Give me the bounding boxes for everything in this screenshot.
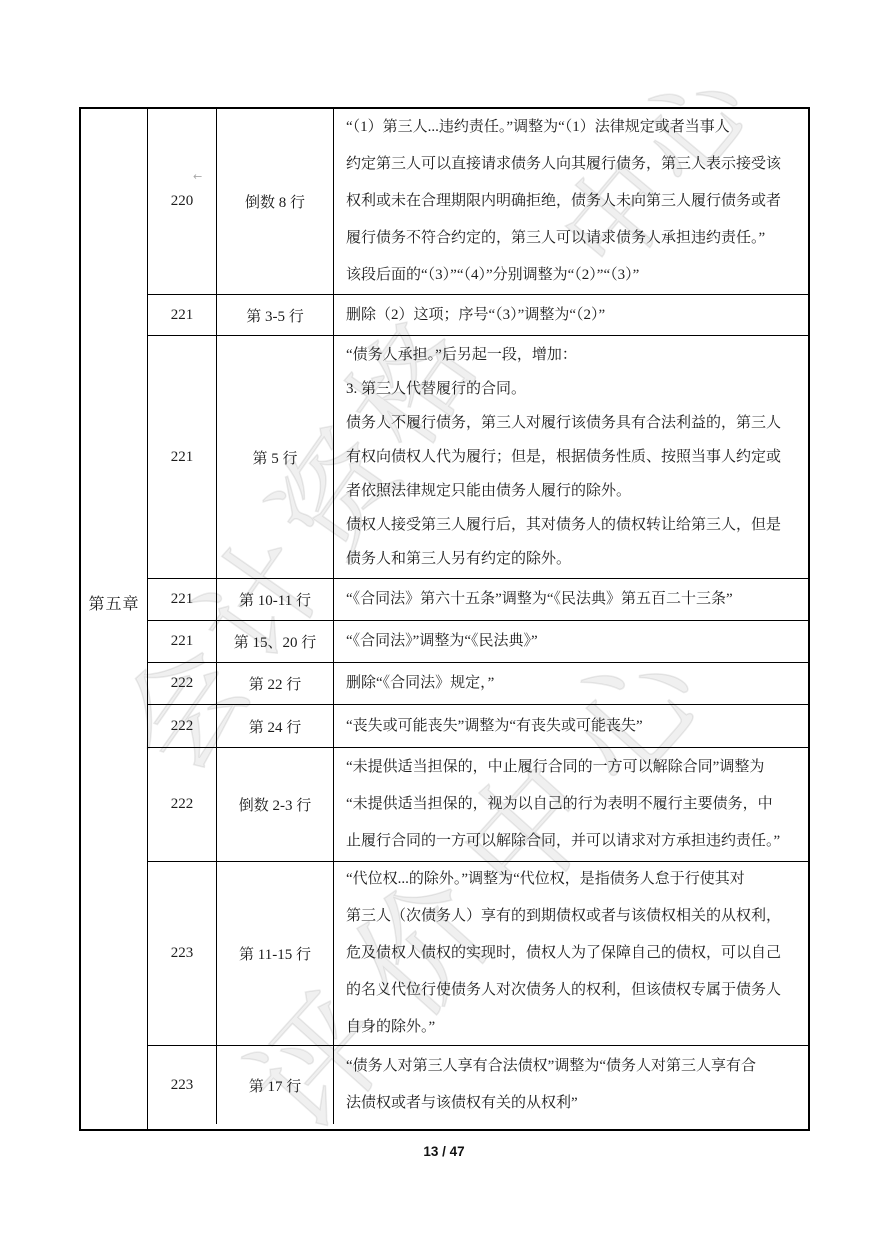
page-number-cell: 222 — [148, 663, 217, 704]
line-ref-cell: 第 15、20 行 — [217, 621, 334, 662]
content-cell: “《合同法》”调整为“《民法典》” — [334, 621, 808, 662]
chapter-cell: 第五章 — [81, 109, 148, 1129]
content-text: “债务人对第三人享有合法债权”调整为“债务人对第三人享有合 法债权或者与该债权有… — [346, 1048, 802, 1122]
table-row: 222 倒数 2-3 行 “未提供适当担保的，中止履行合同的一方可以解除合同”调… — [148, 747, 808, 861]
content-cell: 删除（2）这项；序号“（3）”调整为“（2）” — [334, 295, 808, 335]
content-cell: “未提供适当担保的，中止履行合同的一方可以解除合同”调整为 “未提供适当担保的，… — [334, 748, 808, 861]
table-row: 221 第 3-5 行 删除（2）这项；序号“（3）”调整为“（2）” — [148, 294, 808, 335]
table-row: 221 第 15、20 行 “《合同法》”调整为“《民法典》” — [148, 620, 808, 662]
scan-artifact-mark: ← — [193, 170, 202, 183]
revision-table: 第五章 220 倒数 8 行 “（1）第三人...违约责任。”调整为“（1）法律… — [79, 107, 810, 1131]
table-row: 220 倒数 8 行 “（1）第三人...违约责任。”调整为“（1）法律规定或者… — [148, 109, 808, 294]
table-row: 221 第 5 行 “债务人承担。”后另起一段，增加： 3. 第三人代替履行的合… — [148, 335, 808, 578]
line-ref-cell: 第 5 行 — [217, 336, 334, 578]
table-row: 223 第 17 行 “债务人对第三人享有合法债权”调整为“债务人对第三人享有合… — [148, 1045, 808, 1124]
content-cell: “丧失或可能丧失”调整为“有丧失或可能丧失” — [334, 705, 808, 747]
page-footer: 13 / 47 — [0, 1144, 888, 1159]
line-ref-cell: 第 22 行 — [217, 663, 334, 704]
line-ref-cell: 倒数 2-3 行 — [217, 748, 334, 861]
page-number-cell: 221 — [148, 295, 217, 335]
page-number-cell: 222 — [148, 748, 217, 861]
chapter-label: 第五章 — [88, 591, 139, 614]
table-row: 222 第 24 行 “丧失或可能丧失”调整为“有丧失或可能丧失” — [148, 704, 808, 747]
content-cell: “《合同法》第六十五条”调整为“《民法典》第五百二十三条” — [334, 579, 808, 620]
content-text: 删除“《合同法》规定，” — [346, 665, 802, 702]
content-text: “未提供适当担保的，中止履行合同的一方可以解除合同”调整为 “未提供适当担保的，… — [346, 749, 802, 860]
content-text: “债务人承担。”后另起一段，增加： 3. 第三人代替履行的合同。 债务人不履行债… — [346, 338, 802, 576]
page-number-cell: 223 — [148, 1046, 217, 1124]
table-rows: 220 倒数 8 行 “（1）第三人...违约责任。”调整为“（1）法律规定或者… — [148, 109, 808, 1129]
document-page: 会计资格 评价中心 中心 ← 第五章 220 倒数 8 行 “（1）第三人...… — [0, 0, 888, 1256]
table-row: 221 第 10-11 行 “《合同法》第六十五条”调整为“《民法典》第五百二十… — [148, 578, 808, 620]
line-ref-cell: 倒数 8 行 — [217, 109, 334, 294]
line-ref-cell: 第 24 行 — [217, 705, 334, 747]
content-text: 删除（2）这项；序号“（3）”调整为“（2）” — [346, 297, 802, 334]
content-cell: “代位权...的除外。”调整为“代位权，是指债务人怠于行使其对 第三人（次债务人… — [334, 862, 808, 1045]
line-ref-cell: 第 10-11 行 — [217, 579, 334, 620]
page-number-cell: 221 — [148, 621, 217, 662]
page-number-cell: 222 — [148, 705, 217, 747]
table-row: 222 第 22 行 删除“《合同法》规定，” — [148, 662, 808, 704]
content-cell: “（1）第三人...违约责任。”调整为“（1）法律规定或者当事人 约定第三人可以… — [334, 109, 808, 294]
content-cell: “债务人承担。”后另起一段，增加： 3. 第三人代替履行的合同。 债务人不履行债… — [334, 336, 808, 578]
line-ref-cell: 第 17 行 — [217, 1046, 334, 1124]
content-text: “丧失或可能丧失”调整为“有丧失或可能丧失” — [346, 708, 802, 745]
page-number-cell: 220 — [148, 109, 217, 294]
line-ref-cell: 第 3-5 行 — [217, 295, 334, 335]
content-text: “代位权...的除外。”调整为“代位权，是指债务人怠于行使其对 第三人（次债务人… — [346, 862, 802, 1045]
table-row: 223 第 11-15 行 “代位权...的除外。”调整为“代位权，是指债务人怠… — [148, 861, 808, 1045]
content-cell: 删除“《合同法》规定，” — [334, 663, 808, 704]
page-number-cell: 221 — [148, 579, 217, 620]
content-cell: “债务人对第三人享有合法债权”调整为“债务人对第三人享有合 法债权或者与该债权有… — [334, 1046, 808, 1124]
content-text: “（1）第三人...违约责任。”调整为“（1）法律规定或者当事人 约定第三人可以… — [346, 109, 802, 294]
content-text: “《合同法》”调整为“《民法典》” — [346, 623, 802, 660]
content-text: “《合同法》第六十五条”调整为“《民法典》第五百二十三条” — [346, 581, 802, 618]
page-number-cell: 221 — [148, 336, 217, 578]
line-ref-cell: 第 11-15 行 — [217, 862, 334, 1045]
page-number-cell: 223 — [148, 862, 217, 1045]
